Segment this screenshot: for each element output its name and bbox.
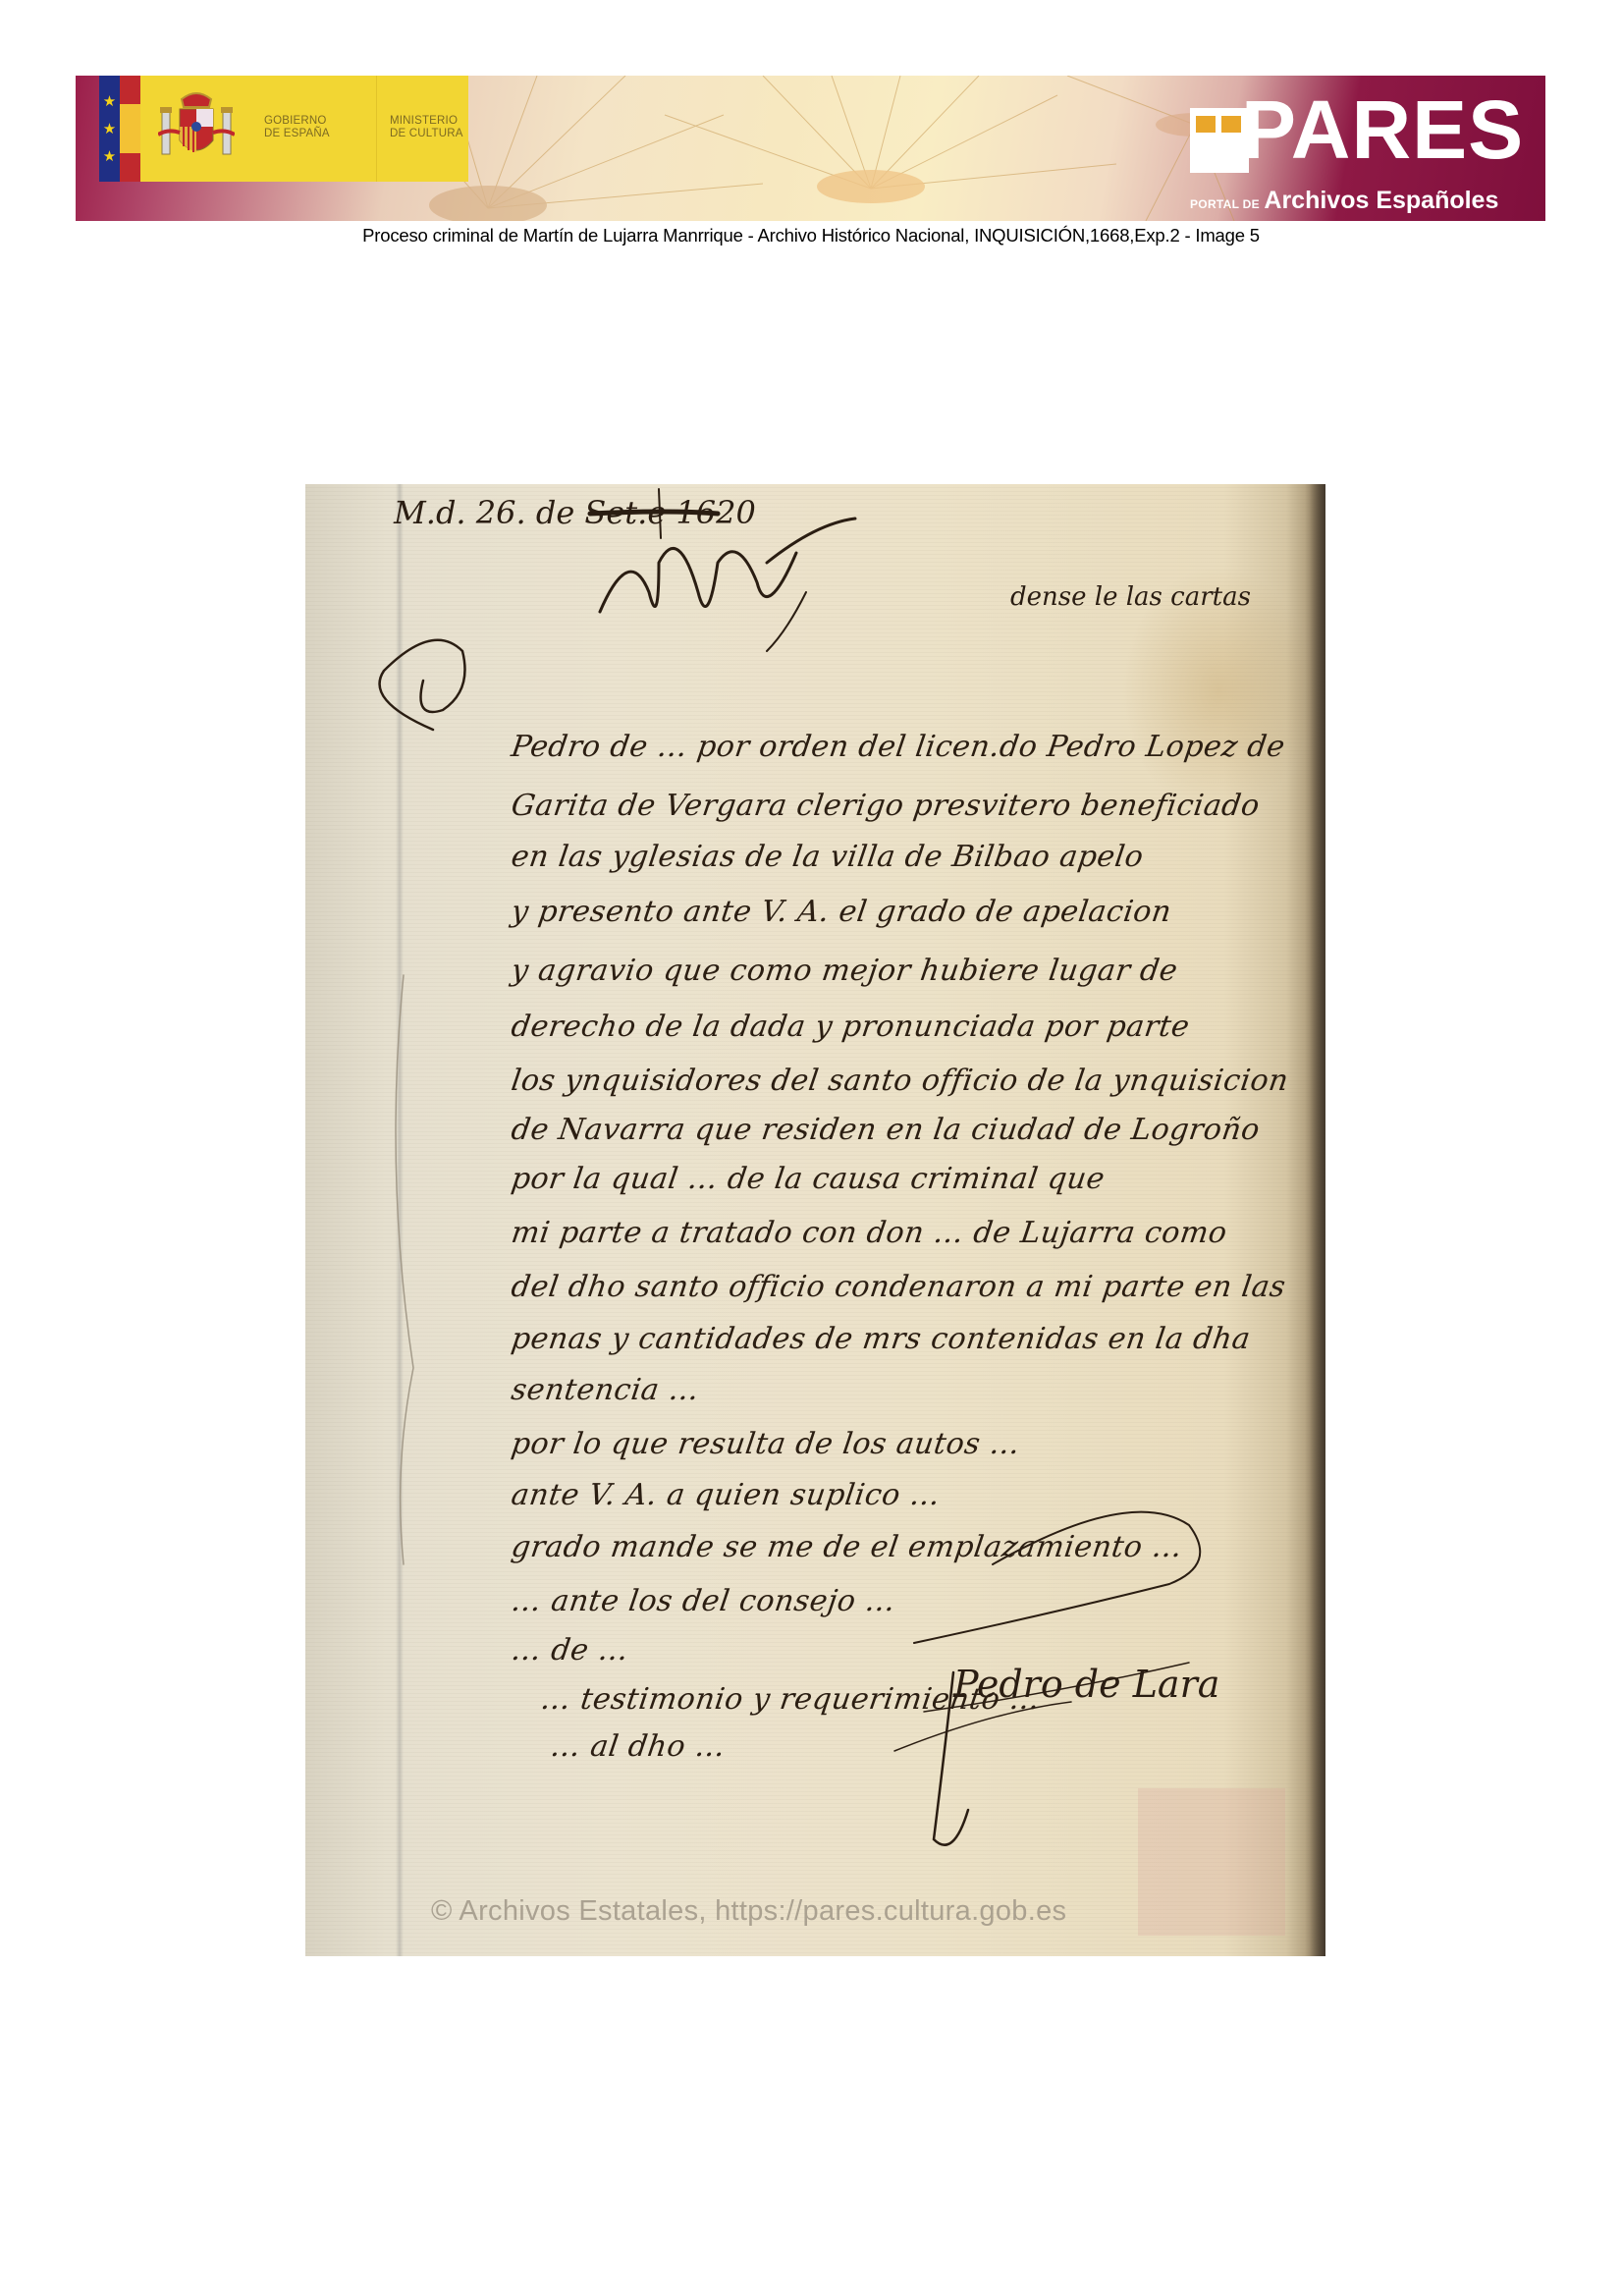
manuscript-line: Pedro de … por orden del licen.do Pedro … <box>510 730 1288 764</box>
pares-wordmark: PARES <box>1241 88 1524 171</box>
manuscript-line: y presento ante V. A. el grado de apelac… <box>510 895 1174 929</box>
manuscript-line: por lo que resulta de los autos … <box>510 1427 1023 1461</box>
header-banner: ★ ★ ★ GOBIERNO DE ESPAÑA MINISTERIO DE C… <box>76 76 1545 221</box>
pares-subtitle: PORTAL DE Archivos Españoles <box>1190 187 1498 215</box>
manuscript-line: de Navarra que residen en la ciudad de L… <box>510 1113 1263 1147</box>
manuscript-line: del dho santo officio condenaron a mi pa… <box>510 1270 1288 1304</box>
pares-logo[interactable]: PARES PORTAL DE Archivos Españoles <box>1190 100 1524 216</box>
manuscript-image: M.d. 26. de Set.e 1620 dense le las cart… <box>305 484 1325 1956</box>
manuscript-line: … ante los del consejo … <box>510 1584 898 1618</box>
star-icon: ★ <box>103 94 116 109</box>
manuscript-line: … al dho … <box>549 1729 729 1764</box>
coat-of-arms-icon <box>158 89 235 168</box>
ministry-label: MINISTERIO DE CULTURA <box>390 115 463 140</box>
manuscript-line: los ynquisidores del santo officio de la… <box>510 1064 1291 1098</box>
manuscript-line: en las yglesias de la villa de Bilbao ap… <box>510 840 1146 874</box>
signature: Pedro de Lara <box>953 1663 1219 1706</box>
manuscript-line: Garita de Vergara clerigo presvitero ben… <box>510 789 1263 823</box>
divider <box>376 76 377 182</box>
pares-squares-icon <box>1190 108 1249 173</box>
star-icon: ★ <box>103 122 116 137</box>
date-annotation: M.d. 26. de Set.e 1620 <box>394 494 756 531</box>
image-caption: Proceso criminal de Martín de Lujarra Ma… <box>0 225 1622 246</box>
eu-flag-icon: ★ ★ ★ <box>99 76 120 182</box>
government-logo: ★ ★ ★ GOBIERNO DE ESPAÑA MINISTERIO DE C… <box>99 76 468 182</box>
copyright-watermark: © Archivos Estatales, https://pares.cult… <box>431 1895 1066 1928</box>
manuscript-line: derecho de la dada y pronunciada por par… <box>510 1010 1192 1044</box>
manuscript-line: penas y cantidades de mrs contenidas en … <box>510 1322 1253 1356</box>
flag-strip: ★ ★ ★ <box>99 76 140 182</box>
spain-flag-icon <box>120 76 140 182</box>
star-icon: ★ <box>103 149 116 164</box>
manuscript-line: … de … <box>510 1633 631 1667</box>
archive-stamp <box>1138 1788 1285 1936</box>
manuscript-line: ante V. A. a quien suplico … <box>510 1478 943 1512</box>
manuscript-line: grado mande se me de el emplazamiento … <box>510 1530 1185 1564</box>
manuscript-line: por la qual … de la causa criminal que <box>510 1162 1108 1196</box>
manuscript-line: sentencia … <box>510 1373 702 1407</box>
government-label: GOBIERNO DE ESPAÑA <box>264 115 330 140</box>
manuscript-line: y agravio que como mejor hubiere lugar d… <box>510 954 1180 988</box>
heading-note: dense le las cartas <box>1010 582 1251 612</box>
manuscript-line: mi parte a tratado con don … de Lujarra … <box>510 1216 1230 1250</box>
